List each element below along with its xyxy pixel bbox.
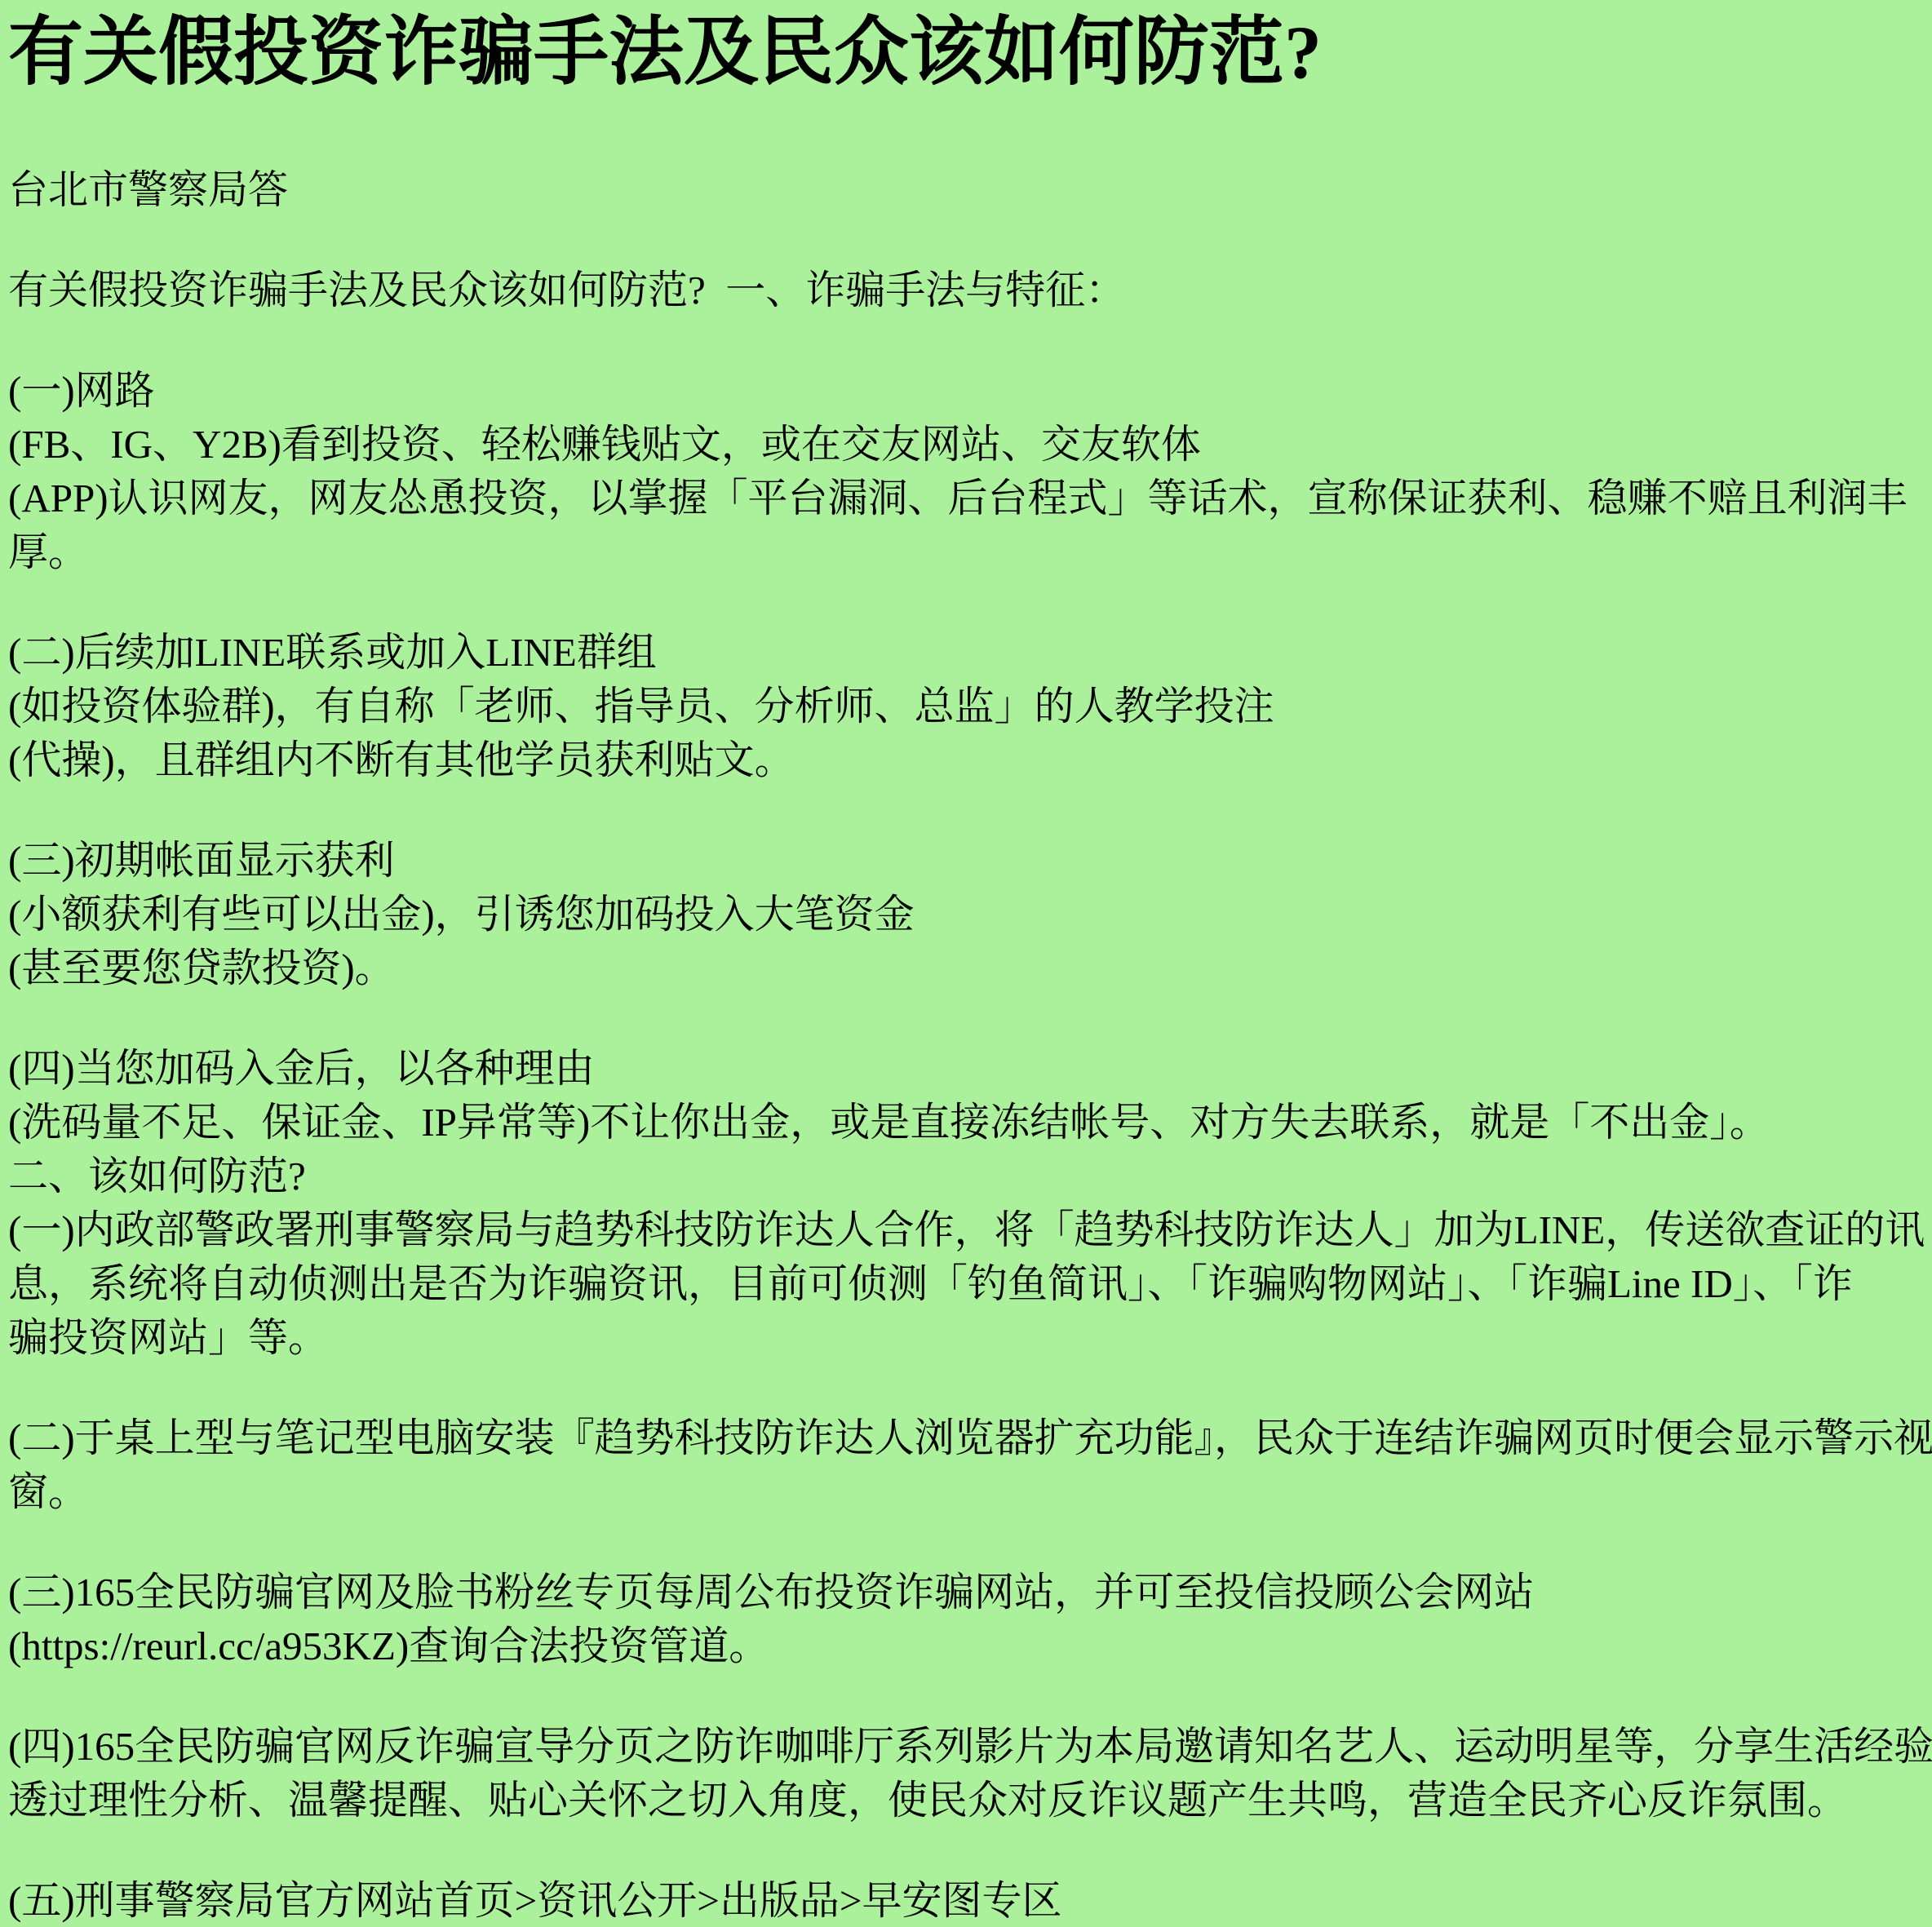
blank-line — [8, 1827, 1932, 1874]
document: 有关假投资诈骗手法及民众该如何防范? 台北市警察局答有关假投资诈骗手法及民众该如… — [0, 0, 1932, 1927]
text-line: (洗码量不足、保证金、IP异常等)不让你出金，或是直接冻结帐号、对方失去联系，就… — [8, 1096, 1932, 1150]
text-line: 息，系统将自动侦测出是否为诈骗资讯，目前可侦测「钓鱼简讯」、「诈骗购物网站」、「… — [8, 1257, 1932, 1311]
text-line: (APP)认识网友，网友怂恿投资，以掌握「平台漏洞、后台程式」等话术，宣称保证获… — [8, 472, 1932, 525]
blank-line — [8, 787, 1932, 834]
text-line: (如投资体验群)，有自称「老师、指导员、分析师、总监」的人教学投注 — [8, 680, 1932, 733]
text-line: (四)165全民防骗官网反诈骗宣导分页之防诈咖啡厅系列影片为本局邀请知名艺人、运… — [8, 1720, 1932, 1774]
blank-line — [8, 1519, 1932, 1566]
text-line: (三)165全民防骗官网及脸书粉丝专页每周公布投资诈骗网站，并可至投信投顾公会网… — [8, 1566, 1932, 1619]
text-line: (一)内政部警政署刑事警察局与趋势科技防诈达人合作，将「趋势科技防诈达人」加为L… — [8, 1203, 1932, 1257]
document-body: 台北市警察局答有关假投资诈骗手法及民众该如何防范? 一、诈骗手法与特征：(一)网… — [8, 163, 1932, 1927]
text-line: (小额获利有些可以出金)，引诱您加码投入大笔资金 — [8, 888, 1932, 941]
text-line: 骗投资网站」等。 — [8, 1311, 1932, 1365]
text-line: 二、该如何防范? — [8, 1150, 1932, 1203]
text-line: (代操)，且群组内不断有其他学员获利贴文。 — [8, 733, 1932, 787]
text-line: (一)网路 — [8, 364, 1932, 418]
text-line: (FB、IG、Y2B)看到投资、轻松赚钱贴文，或在交友网站、交友软体 — [8, 418, 1932, 472]
text-line: (五)刑事警察局官方网站首页>资讯公开>出版品>早安图专区 — [8, 1874, 1932, 1927]
page-title: 有关假投资诈骗手法及民众该如何防范? — [8, 7, 1932, 98]
text-line: (https://reurl.cc/a953KZ)查询合法投资管道。 — [8, 1619, 1932, 1673]
blank-line — [8, 217, 1932, 264]
blank-line — [8, 579, 1932, 626]
blank-line — [8, 317, 1932, 364]
text-line: (三)初期帐面显示获利 — [8, 834, 1932, 888]
text-line: 厚。 — [8, 525, 1932, 579]
text-line: (四)当您加码入金后，以各种理由 — [8, 1042, 1932, 1096]
text-line: 透过理性分析、温馨提醒、贴心关怀之切入角度，使民众对反诈议题产生共鸣，营造全民齐… — [8, 1774, 1932, 1827]
blank-line — [8, 1673, 1932, 1720]
blank-line — [8, 995, 1932, 1042]
text-line: (二)于桌上型与笔记型电脑安装『趋势科技防诈达人浏览器扩充功能』，民众于连结诈骗… — [8, 1411, 1932, 1465]
text-line: (二)后续加LINE联系或加入LINE群组 — [8, 626, 1932, 680]
text-line: 窗。 — [8, 1465, 1932, 1519]
text-line: (甚至要您贷款投资)。 — [8, 941, 1932, 995]
blank-line — [8, 1365, 1932, 1411]
text-line: 台北市警察局答 — [8, 163, 1932, 217]
text-line: 有关假投资诈骗手法及民众该如何防范? 一、诈骗手法与特征： — [8, 264, 1932, 317]
